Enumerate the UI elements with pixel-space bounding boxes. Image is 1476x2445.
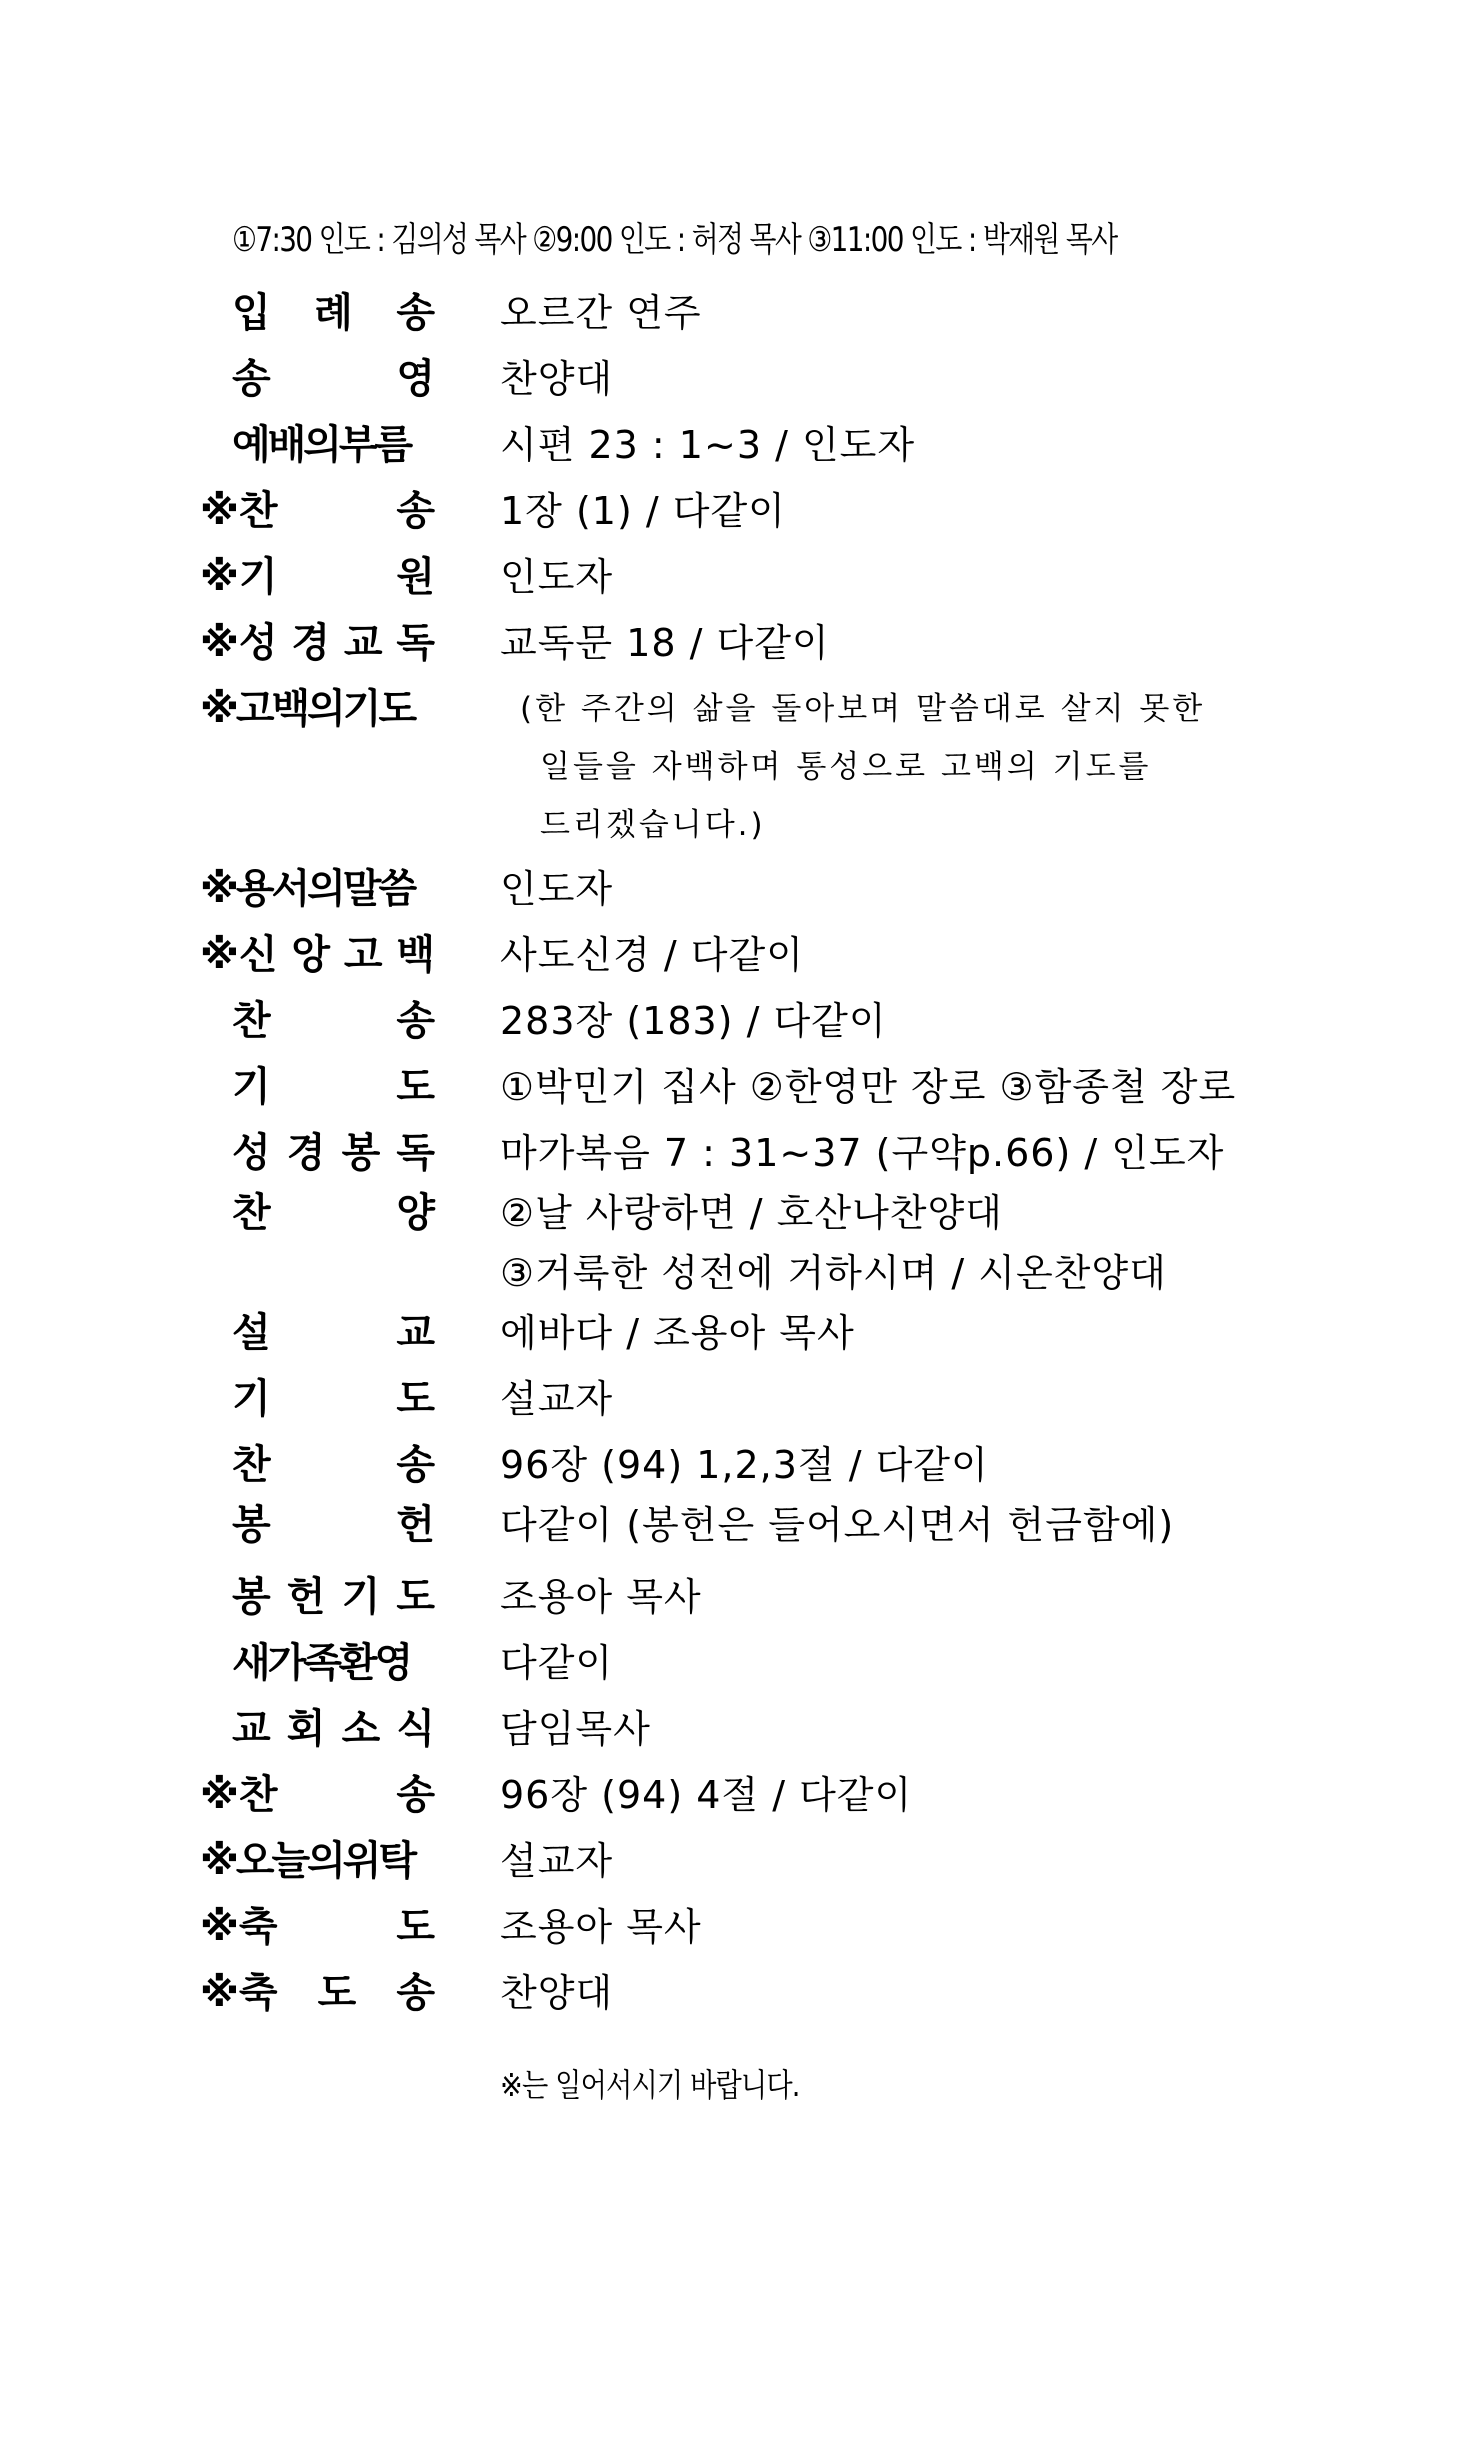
label-char: 양: [396, 1182, 435, 1244]
label-char: 성: [232, 1122, 271, 1184]
label-char: 앙: [291, 924, 330, 986]
label-char: 기: [232, 1368, 271, 1430]
label-char: 도: [396, 1566, 435, 1628]
order-item: 기도①박민기 집사 ②한영만 장로 ③함종철 장로: [0, 1056, 1476, 1118]
stand-mark-icon: ※: [200, 678, 236, 740]
order-item-continuation: 드리겠습니다.): [540, 796, 766, 854]
label-char: 축: [239, 1896, 278, 1958]
label-char: 교: [344, 612, 383, 674]
label-char: 독: [396, 1122, 435, 1184]
label-char: 회: [287, 1698, 326, 1760]
order-item-value: 담임목사: [500, 1698, 651, 1760]
order-item-label: ※고백의기도: [200, 678, 435, 740]
order-item: 찬송96장 (94) 1,2,3절 / 다같이: [0, 1434, 1476, 1496]
order-item-label: ※찬송: [200, 1764, 435, 1826]
label-char: 도: [318, 1962, 357, 2024]
stand-mark-icon: ※: [200, 1764, 239, 1826]
label-char: 헌: [287, 1566, 326, 1628]
order-item: 설교에바다 / 조용아 목사: [0, 1302, 1476, 1364]
order-item: ※찬송1장 (1) / 다같이: [0, 480, 1476, 542]
order-item-label: 찬송: [232, 990, 435, 1052]
order-item-label: 기도: [232, 1368, 435, 1430]
label-char: 새가족환영: [232, 1632, 410, 1694]
order-item-value: 인도자: [500, 858, 613, 920]
label-char: 봉: [342, 1122, 381, 1184]
order-item: ※성경교독교독문 18 / 다같이: [0, 612, 1476, 674]
label-char: 식: [396, 1698, 435, 1760]
order-item-value: 조용아 목사: [500, 1896, 702, 1958]
label-char: 송: [396, 990, 435, 1052]
label-char: 찬: [239, 480, 278, 542]
order-item-label: ※신앙고백: [200, 924, 435, 986]
order-item-label: ※용서의말씀: [200, 858, 435, 920]
order-item: 새가족환영다같이: [0, 1632, 1476, 1694]
order-item-value: 교독문 18 / 다같이: [500, 612, 830, 674]
label-char: 축: [239, 1962, 278, 2024]
order-item-label: ※축도: [200, 1896, 435, 1958]
order-item: 봉헌기도조용아 목사: [0, 1566, 1476, 1628]
order-item-label: ※기원: [200, 546, 435, 608]
order-item-label: 봉헌기도: [232, 1566, 435, 1628]
order-item: 송영찬양대: [0, 348, 1476, 410]
order-item-label: 찬양: [232, 1182, 435, 1244]
label-char: 송: [396, 480, 435, 542]
order-item-label: 입례송: [232, 282, 435, 344]
label-char: 도: [396, 1896, 435, 1958]
order-item-value: 다같이 (봉헌은 들어오시면서 헌금함에): [500, 1494, 1174, 1556]
order-item-value: 96장 (94) 1,2,3절 / 다같이: [500, 1434, 989, 1496]
order-item-value: 찬양대: [500, 1962, 613, 2024]
order-item-label: 기도: [232, 1056, 435, 1118]
label-char: 고: [344, 924, 383, 986]
label-char: 송: [232, 348, 271, 410]
order-item-label: 찬송: [232, 1434, 435, 1496]
order-item-value: 설교자: [500, 1830, 613, 1892]
order-item: ※신앙고백사도신경 / 다같이: [0, 924, 1476, 986]
label-char: 기: [239, 546, 278, 608]
order-item: 기도설교자: [0, 1368, 1476, 1430]
label-char: 소: [342, 1698, 381, 1760]
label-char: 백: [396, 924, 435, 986]
order-item-label: ※축도송: [200, 1962, 435, 2024]
order-item-continuation: ③거룩한 성전에 거하시며 / 시온찬양대: [500, 1242, 1167, 1304]
label-char: 설: [232, 1302, 271, 1364]
label-char: 도: [396, 1056, 435, 1118]
stand-mark-icon: ※: [200, 1896, 239, 1958]
order-item-label: 봉헌: [232, 1494, 435, 1556]
order-item-value: 인도자: [500, 546, 613, 608]
order-item: ※오늘의위탁설교자: [0, 1830, 1476, 1892]
order-item-value: 찬양대: [500, 348, 613, 410]
order-item-value: 설교자: [500, 1368, 613, 1430]
label-char: 찬: [232, 990, 271, 1052]
label-char: 예배의부름: [232, 414, 410, 476]
order-item-label: 성경봉독: [232, 1122, 435, 1184]
label-char: 경: [291, 612, 330, 674]
label-char: 기: [232, 1056, 271, 1118]
stand-mark-icon: ※: [200, 546, 239, 608]
order-item-value: 1장 (1) / 다같이: [500, 480, 786, 542]
stand-up-footnote: ※는 일어서시기 바랍니다.: [500, 2060, 800, 2106]
order-item-value: (한 주간의 삶을 돌아보며 말씀대로 살지 못한: [520, 678, 1205, 740]
order-item: 봉헌다같이 (봉헌은 들어오시면서 헌금함에): [0, 1494, 1476, 1556]
label-char: 오늘의위탁: [236, 1830, 414, 1892]
order-item-value: 오르간 연주: [500, 282, 702, 344]
label-char: 송: [396, 1962, 435, 2024]
stand-mark-icon: ※: [200, 1830, 236, 1892]
order-item: 입례송오르간 연주: [0, 282, 1476, 344]
order-item-label: 설교: [232, 1302, 435, 1364]
label-char: 독: [396, 612, 435, 674]
label-char: 송: [396, 1764, 435, 1826]
order-item-label: 송영: [232, 348, 435, 410]
label-char: 봉: [232, 1566, 271, 1628]
order-item-value: 에바다 / 조용아 목사: [500, 1302, 855, 1364]
label-char: 찬: [232, 1182, 271, 1244]
order-item: ※고백의기도(한 주간의 삶을 돌아보며 말씀대로 살지 못한: [0, 678, 1476, 740]
stand-mark-icon: ※: [200, 924, 239, 986]
label-char: 헌: [396, 1494, 435, 1556]
order-item-label: 새가족환영: [232, 1632, 435, 1694]
order-item-value: ②날 사랑하면 / 호산나찬양대: [500, 1182, 1003, 1244]
order-item-continuation: 일들을 자백하며 통성으로 고백의 기도를: [540, 738, 1152, 796]
order-item: 교회소식담임목사: [0, 1698, 1476, 1760]
label-char: 입: [232, 282, 271, 344]
order-item: 성경봉독마가복음 7 : 31~37 (구약p.66) / 인도자: [0, 1122, 1476, 1184]
label-char: 찬: [239, 1764, 278, 1826]
order-item: ※기원인도자: [0, 546, 1476, 608]
service-times-header: ①7:30 인도 : 김의성 목사 ②9:00 인도 : 허정 목사 ③11:0…: [232, 212, 1117, 261]
stand-mark-icon: ※: [200, 858, 236, 920]
order-item: ※축도조용아 목사: [0, 1896, 1476, 1958]
order-item-value: 조용아 목사: [500, 1566, 702, 1628]
label-char: 교: [396, 1302, 435, 1364]
label-char: 례: [314, 282, 353, 344]
order-item: 찬송283장 (183) / 다같이: [0, 990, 1476, 1052]
order-item-label: 교회소식: [232, 1698, 435, 1760]
order-item-label: ※오늘의위탁: [200, 1830, 435, 1892]
label-char: 원: [396, 546, 435, 608]
order-item-value: 마가복음 7 : 31~37 (구약p.66) / 인도자: [500, 1122, 1224, 1184]
order-item-label: ※성경교독: [200, 612, 435, 674]
order-item-value: 283장 (183) / 다같이: [500, 990, 887, 1052]
label-char: 성: [239, 612, 278, 674]
label-char: 경: [287, 1122, 326, 1184]
stand-mark-icon: ※: [200, 480, 239, 542]
order-item-value: ①박민기 집사 ②한영만 장로 ③함종철 장로: [500, 1056, 1236, 1118]
order-item-value: 다같이: [500, 1632, 613, 1694]
order-item-label: 예배의부름: [232, 414, 435, 476]
order-item-value: 사도신경 / 다같이: [500, 924, 804, 986]
order-item-value: 시편 23 : 1~3 / 인도자: [500, 414, 915, 476]
stand-mark-icon: ※: [200, 612, 239, 674]
label-char: 신: [239, 924, 278, 986]
order-item: ※용서의말씀인도자: [0, 858, 1476, 920]
label-char: 기: [342, 1566, 381, 1628]
label-char: 도: [396, 1368, 435, 1430]
order-item-label: ※찬송: [200, 480, 435, 542]
label-char: 송: [396, 282, 435, 344]
order-item: ※찬송96장 (94) 4절 / 다같이: [0, 1764, 1476, 1826]
order-item-value: 96장 (94) 4절 / 다같이: [500, 1764, 912, 1826]
order-item: 찬양②날 사랑하면 / 호산나찬양대: [0, 1182, 1476, 1244]
label-char: 송: [396, 1434, 435, 1496]
label-char: 용서의말씀: [236, 858, 414, 920]
label-char: 봉: [232, 1494, 271, 1556]
label-char: 교: [232, 1698, 271, 1760]
label-char: 영: [396, 348, 435, 410]
label-char: 찬: [232, 1434, 271, 1496]
order-item: 예배의부름시편 23 : 1~3 / 인도자: [0, 414, 1476, 476]
order-item: ※축도송찬양대: [0, 1962, 1476, 2024]
label-char: 고백의기도: [236, 678, 414, 740]
stand-mark-icon: ※: [200, 1962, 239, 2024]
